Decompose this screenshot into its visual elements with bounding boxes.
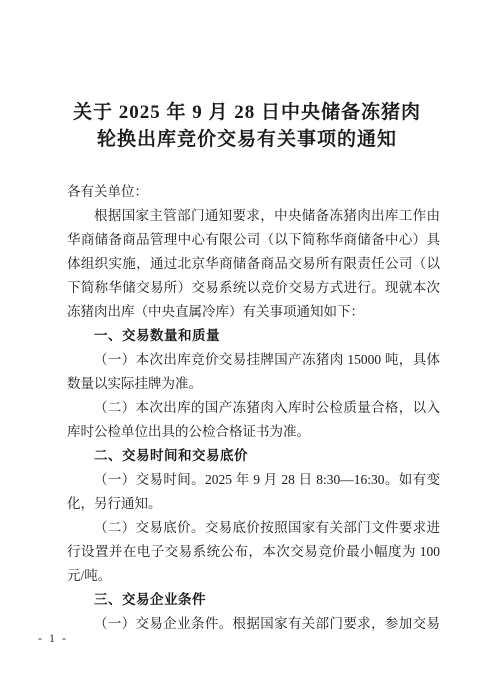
body-line: 数量以实际挂牌为准。 — [67, 372, 440, 396]
body-line: 元/吨。 — [67, 564, 440, 588]
body-line: 行设置并在电子交易系统公布，本次交易竞价最小幅度为 100 — [67, 540, 440, 564]
body-line: （二）交易底价。交易底价按照国家有关部门文件要求进 — [67, 516, 440, 540]
page-number: - 1 - — [38, 631, 68, 646]
body-line: （一）本次出库竞价交易挂牌国产冻猪肉 15000 吨，具体 — [67, 348, 440, 372]
body-line: 根据国家主管部门通知要求，中央储备冻猪肉出库工作由 — [67, 204, 440, 228]
document-title-line-2: 轮换出库竞价交易有关事项的通知 — [0, 126, 494, 153]
body-line: （一）交易企业条件。根据国家有关部门要求，参加交易 — [67, 612, 440, 636]
body-line: 化，另行通知。 — [67, 492, 440, 516]
body-line: 华商储备商品管理中心有限公司（以下简称华商储备中心）具 — [67, 228, 440, 252]
section-heading-1: 一、交易数量和质量 — [67, 324, 440, 348]
document-page: 关于 2025 年 9 月 28 日中央储备冻猪肉 轮换出库竞价交易有关事项的通… — [0, 0, 494, 700]
document-title: 关于 2025 年 9 月 28 日中央储备冻猪肉 轮换出库竞价交易有关事项的通… — [0, 99, 494, 153]
document-title-line-1: 关于 2025 年 9 月 28 日中央储备冻猪肉 — [0, 99, 494, 126]
body-line: 库时公检单位出具的公检合格证书为准。 — [67, 420, 440, 444]
body-line: （一）交易时间。2025 年 9 月 28 日 8:30—16:30。如有变 — [67, 468, 440, 492]
body-line: 冻猪肉出库（中央直属冷库）有关事项通知如下： — [67, 300, 440, 324]
document-body: 各有关单位： 根据国家主管部门通知要求，中央储备冻猪肉出库工作由 华商储备商品管… — [67, 180, 440, 636]
body-line: （二）本次出库的国产冻猪肉入库时公检质量合格，以入 — [67, 396, 440, 420]
salutation: 各有关单位： — [67, 180, 440, 204]
body-line: 下简称华储交易所）交易系统以竞价交易方式进行。现就本次 — [67, 276, 440, 300]
section-heading-3: 三、交易企业条件 — [67, 588, 440, 612]
body-line: 体组织实施，通过北京华商储备商品交易所有限责任公司（以 — [67, 252, 440, 276]
section-heading-2: 二、交易时间和交易底价 — [67, 444, 440, 468]
